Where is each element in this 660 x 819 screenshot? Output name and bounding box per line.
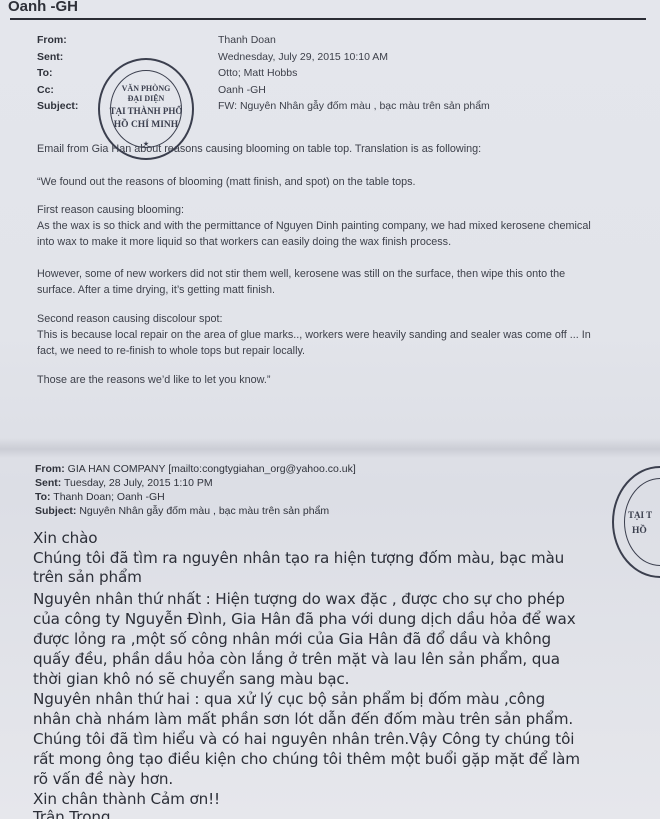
from-value: Thanh Doan (218, 34, 276, 46)
to-value: Otto; Matt Hobbs (218, 67, 297, 79)
body-paragraph: fact, we need to re-finish to whole tops… (37, 345, 305, 357)
header-rule (10, 18, 646, 20)
forwarded-from: From: GIA HAN COMPANY [mailto:congtygiah… (35, 463, 356, 475)
body-paragraph: surface. After a time drying, it’s getti… (37, 284, 275, 296)
viet-line: Trân Trọng (33, 808, 110, 819)
sent-value: Wednesday, July 29, 2015 10:10 AM (218, 51, 388, 63)
document-title: Oanh -GH (8, 0, 78, 15)
subject-value: FW: Nguyên Nhân gẫy đốm màu , bạc màu tr… (218, 100, 490, 112)
paper-fold-shadow (0, 438, 660, 458)
viet-line: Nguyên nhân thứ hai : qua xử lý cục bộ s… (33, 690, 545, 708)
viet-line: Chúng tôi đã tìm hiểu và có hai nguyên n… (33, 730, 574, 748)
company-stamp: VĂN PHÒNG ĐẠI DIỆN TẠI THÀNH PHỐ HỒ CHÍ … (98, 58, 194, 160)
sent-label: Sent: (37, 51, 63, 63)
viet-line: rõ vấn đề này hơn. (33, 770, 173, 788)
body-paragraph: Those are the reasons we’d like to let y… (37, 374, 270, 386)
body-paragraph: This is because local repair on the area… (37, 329, 591, 341)
cc-value: Oanh -GH (218, 84, 266, 96)
viet-line: của công ty Nguyễn Đình, Gia Hân đã pha … (33, 610, 576, 628)
partial-stamp: TẠI T HỒ (612, 466, 660, 578)
viet-line: được lỏng ra ,một số công nhân mới của G… (33, 630, 551, 648)
forwarded-to: To: Thanh Doan; Oanh -GH (35, 491, 165, 503)
subject-label: Subject: (37, 100, 78, 112)
viet-line: nhân chà nhám làm mất phần sơn lót dẫn đ… (33, 710, 573, 728)
from-label: From: (37, 34, 67, 46)
to-label: To: (37, 67, 53, 79)
body-paragraph: into wax to make it more liquid so that … (37, 236, 451, 248)
scanned-document: Oanh -GH From: Thanh Doan Sent: Wednesda… (0, 0, 660, 819)
body-paragraph: Second reason causing discolour spot: (37, 313, 222, 325)
viet-line: quấy đều, phần dầu hỏa còn lắng ở trên m… (33, 650, 560, 668)
cc-label: Cc: (37, 84, 54, 96)
viet-line: Nguyên nhân thứ nhất : Hiện tượng do wax… (33, 590, 565, 608)
body-paragraph: First reason causing blooming: (37, 204, 184, 216)
forwarded-sent: Sent: Tuesday, 28 July, 2015 1:10 PM (35, 477, 213, 489)
viet-line: Xin chân thành Cảm ơn!! (33, 790, 220, 808)
body-paragraph: However, some of new workers did not sti… (37, 268, 565, 280)
star-icon: ★ (100, 140, 192, 148)
viet-line: trên sản phẩm (33, 568, 142, 586)
body-paragraph: “We found out the reasons of blooming (m… (37, 176, 416, 188)
viet-line: rất mong ông tạo điều kiện cho chúng tôi… (33, 750, 580, 768)
viet-line: Chúng tôi đã tìm ra nguyên nhân tạo ra h… (33, 549, 564, 567)
viet-line: Xin chào (33, 529, 97, 547)
body-paragraph: As the wax is so thick and with the perm… (37, 220, 591, 232)
viet-line: thời gian khô nó sẽ chuyển sang màu bạc. (33, 670, 349, 688)
forwarded-subject: Subject: Nguyên Nhân gẫy đốm màu , bạc m… (35, 505, 329, 517)
